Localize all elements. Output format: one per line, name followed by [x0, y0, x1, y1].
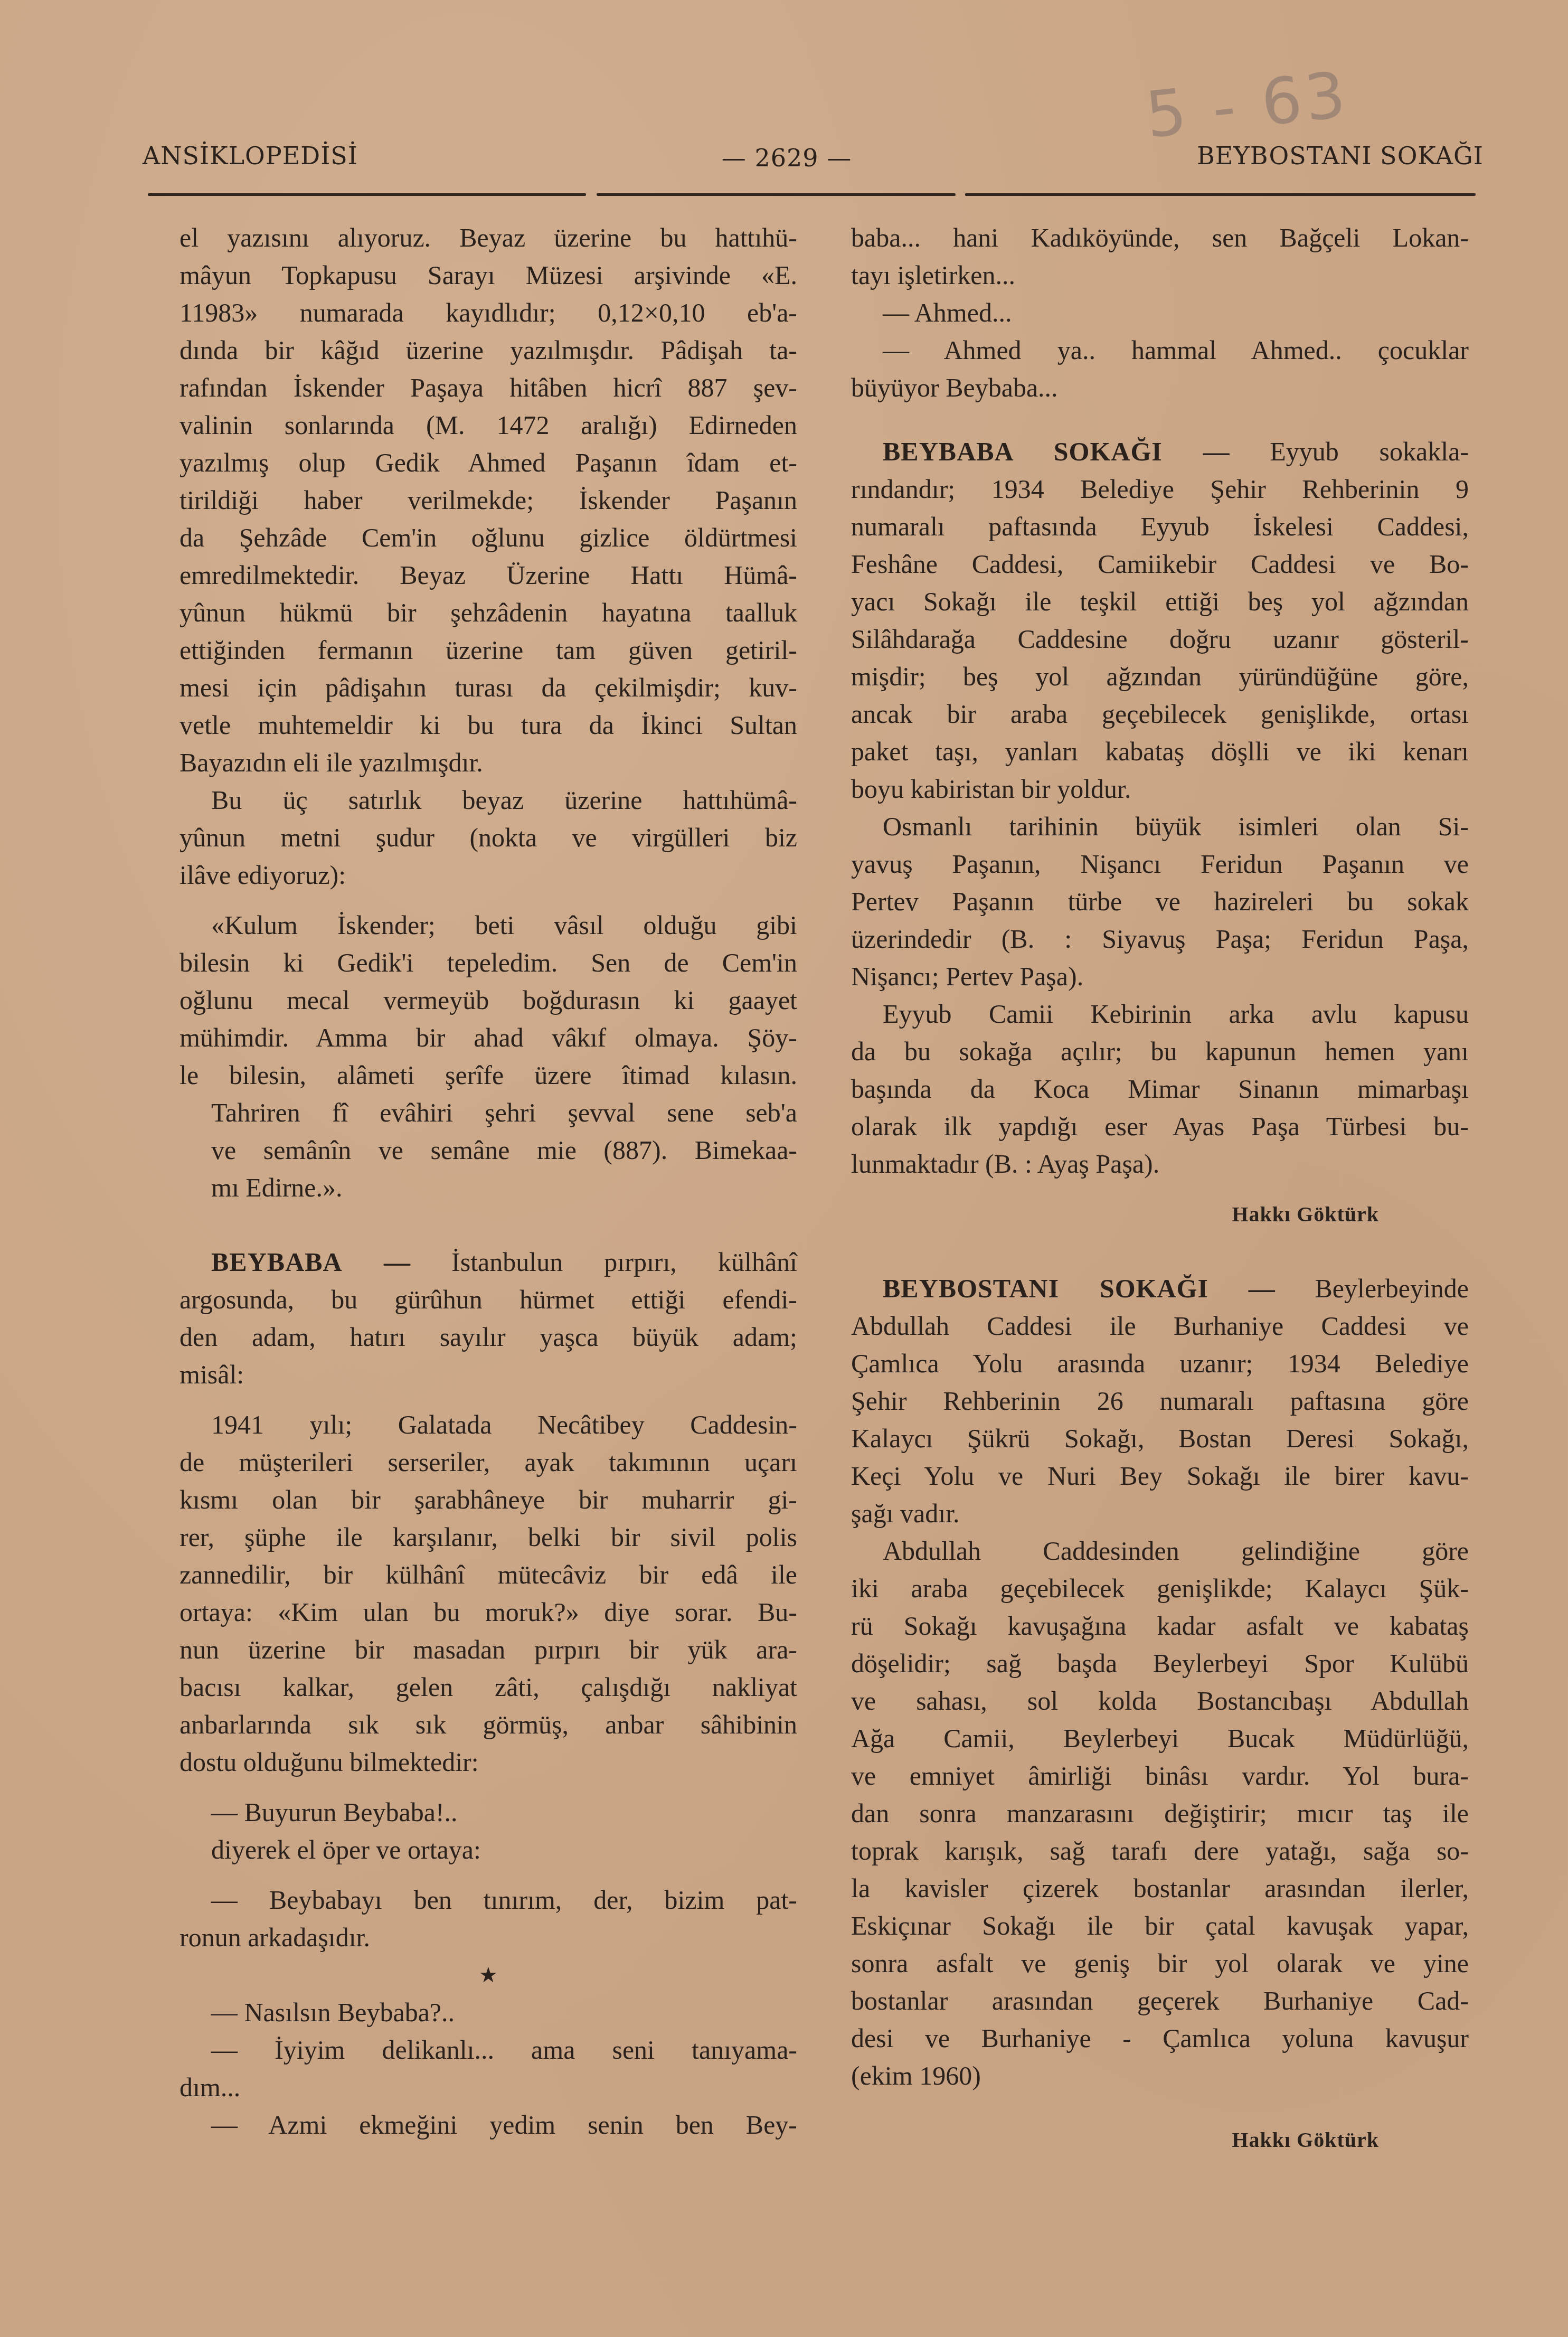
text-line: bostanlar arasından geçerek Burhaniye Ca…: [851, 1982, 1469, 2020]
text-line: nun üzerine bir masadan pırpırı bir yük …: [180, 1631, 797, 1669]
paragraph-1941-anecdote: 1941 yılı; Galatada Necâtibey Caddesin- …: [180, 1406, 797, 1781]
text-line: iki araba geçebilecek genişlikde; Kalayc…: [851, 1570, 1469, 1607]
text-line: mişdir; beş yol ağzından yüründüğüne gör…: [851, 658, 1469, 695]
text-line: mâyun Topkapusu Sarayı Müzesi arşivinde …: [180, 257, 797, 294]
text-line: da bu sokağa açılır; bu kapunun hemen ya…: [851, 1033, 1469, 1070]
text-line: ronun arkadaşıdır.: [180, 1919, 797, 1956]
text-line: — Nasılsın Beybaba?..: [180, 1994, 797, 2031]
text-line: Keçi Yolu ve Nuri Bey Sokağı ile birer k…: [851, 1457, 1469, 1495]
entry-beybaba-sokagi: BEYBABA SOKAĞI — Eyyub sokakla- rındandı…: [851, 433, 1469, 1183]
text-line: Abdullah Caddesi ile Burhaniye Caddesi v…: [851, 1307, 1469, 1345]
dialogue-continuation: baba... hani Kadıköyünde, sen Bağçeli Lo…: [851, 219, 1469, 407]
header-rule-center: [597, 193, 956, 196]
paragraph-hattihumayun-description: el yazısını alıyoruz. Beyaz üzerine bu h…: [180, 219, 797, 781]
text-span: İstanbulun pırpırı, külhânî: [451, 1247, 797, 1277]
running-head: ANSİKLOPEDİSİ — 2629 — BEYBOSTANI SOKAĞI: [0, 142, 1568, 184]
text-line: — Azmi ekmeğini yedim senin ben Bey-: [180, 2106, 797, 2144]
text-line: Kalaycı Şükrü Sokağı, Bostan Deresi Soka…: [851, 1420, 1469, 1457]
text-span: Beylerbeyinde: [1315, 1274, 1469, 1303]
text-line: kısmı olan bir şarabhâneye bir muharrir …: [180, 1481, 797, 1519]
entry-headword: BEYBOSTANI SOKAĞI: [883, 1274, 1208, 1303]
text-line: zannedilir, bir külhânî mütecâviz bir ed…: [180, 1556, 797, 1594]
text-line: boyu kabiristan bir yoldur.: [851, 770, 1469, 808]
text-line: Bayazıdın eli ile yazılmışdır.: [180, 744, 797, 781]
text-line: Şehir Rehberinin 26 numaralı paftasına g…: [851, 1382, 1469, 1420]
text-line: sonra asfalt ve geniş bir yol olarak ve …: [851, 1945, 1469, 1982]
author-signature: Hakkı Göktürk: [851, 1195, 1469, 1233]
text-line: ilâve ediyoruz):: [180, 856, 797, 894]
text-line: la kavisler çizerek bostanlar arasından …: [851, 1870, 1469, 1907]
left-column: el yazısını alıyoruz. Beyaz üzerine bu h…: [180, 219, 797, 2144]
text-line: dında bir kâğıd üzerine yazılmışdır. Pâd…: [180, 332, 797, 369]
text-line: rafından İskender Paşaya hitâben hicrî 8…: [180, 369, 797, 407]
text-line: desi ve Burhaniye - Çamlıca yoluna kavuş…: [851, 2020, 1469, 2057]
em-dash: —: [1163, 437, 1270, 466]
entry-beybostani-sokagi: BEYBOSTANI SOKAĞI — Beylerbeyinde Abdull…: [851, 1270, 1469, 2095]
text-line: ancak bir araba geçebilecek genişlikde, …: [851, 695, 1469, 733]
section-separator-star: ★: [180, 1956, 797, 1994]
text-line: Silâhdarağa Caddesine doğru uzanır göste…: [851, 620, 1469, 658]
header-rule-left: [148, 193, 586, 196]
text-line: Nişancı; Pertev Paşa).: [851, 958, 1469, 995]
text-line: 11983» numarada kayıdlıdır; 0,12×0,10 eb…: [180, 294, 797, 332]
text-line: paket taşı, yanları kabataş döşlli ve ik…: [851, 733, 1469, 770]
text-line: başında da Koca Mimar Sinanın mimarbaşı: [851, 1070, 1469, 1108]
dialogue-block-3: — Nasılsın Beybaba?.. — İyiyim delikanlı…: [180, 1994, 797, 2144]
text-line: — Beybabayı ben tınırım, der, bizim pat-: [180, 1881, 797, 1919]
text-line: (ekim 1960): [851, 2057, 1469, 2095]
text-line: anbarlarında sık sık görmüş, anbar sâhib…: [180, 1706, 797, 1744]
entry-beybaba: BEYBABA — İstanbulun pırpırı, külhânî ar…: [180, 1243, 797, 1393]
text-line: baba... hani Kadıköyünde, sen Bağçeli Lo…: [851, 219, 1469, 257]
text-line: ve sahası, sol kolda Bostancıbaşı Abdull…: [851, 1682, 1469, 1720]
text-line: ortaya: «Kim ulan bu moruk?» diye sorar.…: [180, 1594, 797, 1631]
text-line: Çamlıca Yolu arasında uzanır; 1934 Beled…: [851, 1345, 1469, 1382]
text-line: dım...: [180, 2069, 797, 2106]
text-line: dan sonra manzarasını değiştirir; mıcır …: [851, 1795, 1469, 1832]
text-line: bilesin ki Gedik'i tepeledim. Sen de Cem…: [180, 944, 797, 982]
text-line: el yazısını alıyoruz. Beyaz üzerine bu h…: [180, 219, 797, 257]
text-line: olarak ilk yapdığı eser Ayas Paşa Türbes…: [851, 1108, 1469, 1145]
right-column: baba... hani Kadıköyünde, sen Bağçeli Lo…: [851, 219, 1469, 2159]
text-line: üzerindedir (B. : Siyavuş Paşa; Feridun …: [851, 920, 1469, 958]
text-line: yavuş Paşanın, Nişancı Feridun Paşanın v…: [851, 845, 1469, 883]
text-line: yacı Sokağı ile teşkil ettiği beş yol ağ…: [851, 583, 1469, 620]
text-line: büyüyor Beybaba...: [851, 369, 1469, 407]
text-span: Eyyub sokakla-: [1270, 437, 1469, 466]
em-dash: —: [1208, 1274, 1315, 1303]
text-line: — Ahmed...: [851, 294, 1469, 332]
text-line: den adam, hatırı sayılır yaşca büyük ada…: [180, 1318, 797, 1356]
text-line: BEYBOSTANI SOKAĞI — Beylerbeyinde: [851, 1270, 1469, 1307]
text-line: argosunda, bu gürûhun hürmet ettiği efen…: [180, 1281, 797, 1318]
text-line: misâl:: [180, 1356, 797, 1393]
text-line: lunmaktadır (B. : Ayaş Paşa).: [851, 1145, 1469, 1183]
text-line: BEYBABA — İstanbulun pırpırı, külhânî: [180, 1243, 797, 1281]
text-line: tirildiği haber verilmekde; İskender Paş…: [180, 482, 797, 519]
text-line: dostu olduğunu bilmektedir:: [180, 1744, 797, 1781]
text-line: Feshâne Caddesi, Camiikebir Caddesi ve B…: [851, 545, 1469, 583]
text-line: rındandır; 1934 Belediye Şehir Rehberini…: [851, 470, 1469, 508]
text-line: mı Edirne.».: [180, 1169, 797, 1207]
text-line: yûnun hükmü bir şehzâdenin hayatına taal…: [180, 594, 797, 632]
text-line: diyerek el öper ve ortaya:: [180, 1831, 797, 1869]
text-line: ve emniyet âmirliği binâsı vardır. Yol b…: [851, 1757, 1469, 1795]
text-line: emredilmektedir. Beyaz Üzerine Hattı Hüm…: [180, 557, 797, 594]
text-line: Abdullah Caddesinden gelindiğine göre: [851, 1532, 1469, 1570]
entry-headword: BEYBABA: [211, 1247, 343, 1277]
text-line: tayı işletirken...: [851, 257, 1469, 294]
text-line: numaralı paftasında Eyyub İskelesi Cadde…: [851, 508, 1469, 545]
header-rules: [0, 193, 1568, 196]
text-line: — Buyurun Beybaba!..: [180, 1794, 797, 1831]
running-head-right: BEYBOSTANI SOKAĞI: [1197, 142, 1484, 170]
text-line: de müşterileri serseriler, ayak takımını…: [180, 1444, 797, 1481]
text-line: Eskiçınar Sokağı ile bir çatal kavuşak y…: [851, 1907, 1469, 1945]
handwritten-page-note: 5 - 63: [1142, 58, 1352, 152]
entry-headword: BEYBABA SOKAĞI: [883, 437, 1163, 466]
paragraph-text-intro: Bu üç satırlık beyaz üzerine hattıhümâ- …: [180, 781, 797, 894]
text-line: rü Sokağı kavuşağına kadar asfalt ve kab…: [851, 1607, 1469, 1645]
text-line: — İyiyim delikanlı... ama seni tanıyama-: [180, 2031, 797, 2069]
quoted-decree: «Kulum İskender; beti vâsıl olduğu gibi …: [180, 907, 797, 1207]
text-line: Eyyub Camii Kebirinin arka avlu kapusu: [851, 995, 1469, 1033]
page-number: — 2629 —: [707, 144, 866, 172]
text-line: şağı vadır.: [851, 1495, 1469, 1532]
text-line: 1941 yılı; Galatada Necâtibey Caddesin-: [180, 1406, 797, 1444]
text-line: Pertev Paşanın türbe ve hazireleri bu so…: [851, 883, 1469, 920]
text-line: Ağa Camii, Beylerbeyi Bucak Müdürlüğü,: [851, 1720, 1469, 1757]
dialogue-block-1: — Buyurun Beybaba!.. diyerek el öper ve …: [180, 1794, 797, 1869]
text-line: — Ahmed ya.. hammal Ahmed.. çocuklar: [851, 332, 1469, 369]
dialogue-block-2: — Beybabayı ben tınırım, der, bizim pat-…: [180, 1881, 797, 1956]
text-line: Tahriren fî evâhiri şehri şevval sene se…: [180, 1094, 797, 1132]
em-dash: —: [343, 1247, 451, 1277]
text-line: vetle muhtemeldir ki bu tura da İkinci S…: [180, 706, 797, 744]
header-rule-right: [965, 193, 1476, 196]
text-line: «Kulum İskender; beti vâsıl olduğu gibi: [180, 907, 797, 944]
text-line: ve semânîn ve semâne mie (887). Bimekaa-: [180, 1132, 797, 1169]
text-line: Bu üç satırlık beyaz üzerine hattıhümâ-: [180, 781, 797, 819]
text-line: oğlunu mecal vermeyüb boğdurasın ki gaay…: [180, 982, 797, 1019]
text-line: le bilesin, alâmeti şerîfe üzere îtimad …: [180, 1057, 797, 1094]
text-line: BEYBABA SOKAĞI — Eyyub sokakla-: [851, 433, 1469, 470]
text-line: valinin sonlarında (M. 1472 aralığı) Edi…: [180, 407, 797, 444]
text-line: mühimdir. Amma bir ahad vâkıf olmaya. Şö…: [180, 1019, 797, 1057]
text-line: toprak karışık, sağ tarafı dere yatağı, …: [851, 1832, 1469, 1870]
author-signature: Hakkı Göktürk: [851, 2121, 1469, 2159]
text-line: ettiğinden fermanın üzerine tam güven ge…: [180, 632, 797, 669]
text-line: yûnun metni şudur (nokta ve virgülleri b…: [180, 819, 797, 856]
text-line: yazılmış olup Gedik Ahmed Paşanın îdam e…: [180, 444, 797, 482]
text-line: Osmanlı tarihinin büyük isimleri olan Si…: [851, 808, 1469, 845]
text-line: bacısı kalkar, gelen zâti, çalışdığı nak…: [180, 1669, 797, 1706]
text-line: mesi için pâdişahın turası da çekilmişdi…: [180, 669, 797, 706]
running-head-left: ANSİKLOPEDİSİ: [143, 142, 358, 170]
text-line: da Şehzâde Cem'in oğlunu gizlice öldürtm…: [180, 519, 797, 557]
text-line: rer, şüphe ile karşılanır, belki bir siv…: [180, 1519, 797, 1556]
text-line: döşelidir; sağ başda Beylerbeyi Spor Kul…: [851, 1645, 1469, 1682]
